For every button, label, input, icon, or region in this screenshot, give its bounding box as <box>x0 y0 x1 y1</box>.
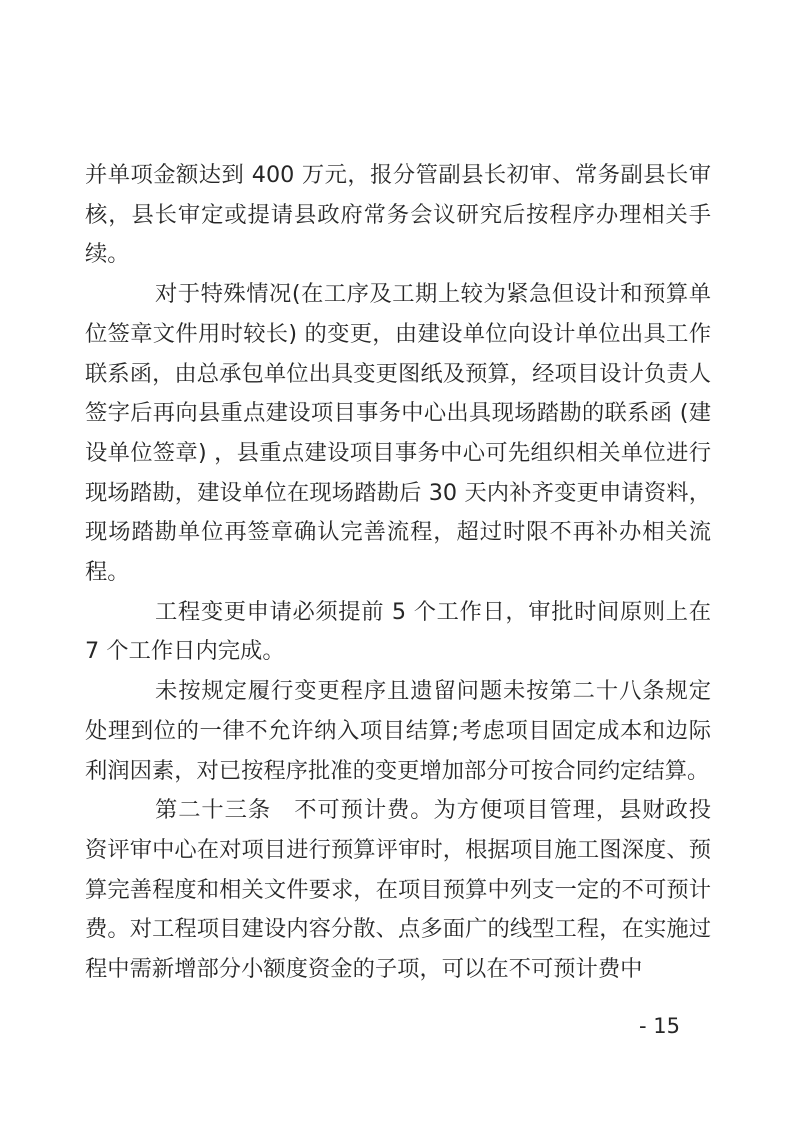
paragraph: 第二十三条 不可预计费。为方便项目管理，县财政投资评审中心在对项目进行预算评审时… <box>85 791 711 990</box>
document-page: 并单项金额达到 400 万元，报分管副县长初审、常务副县长审核，县长审定或提请县… <box>0 0 793 1122</box>
paragraph: 工程变更申请必须提前 5 个工作日，审批时间原则上在 7 个工作日内完成。 <box>85 593 711 672</box>
paragraph: 并单项金额达到 400 万元，报分管副县长初审、常务副县长审核，县长审定或提请县… <box>85 156 711 275</box>
paragraph: 未按规定履行变更程序且遗留问题未按第二十八条规定处理到位的一律不允许纳入项目结算… <box>85 672 711 791</box>
page-number: - 15 <box>639 1013 680 1039</box>
paragraph: 对于特殊情况(在工序及工期上较为紧急但设计和预算单位签章文件用时较长) 的变更，… <box>85 275 711 593</box>
document-body: 并单项金额达到 400 万元，报分管副县长初审、常务副县长审核，县长审定或提请县… <box>85 156 711 990</box>
